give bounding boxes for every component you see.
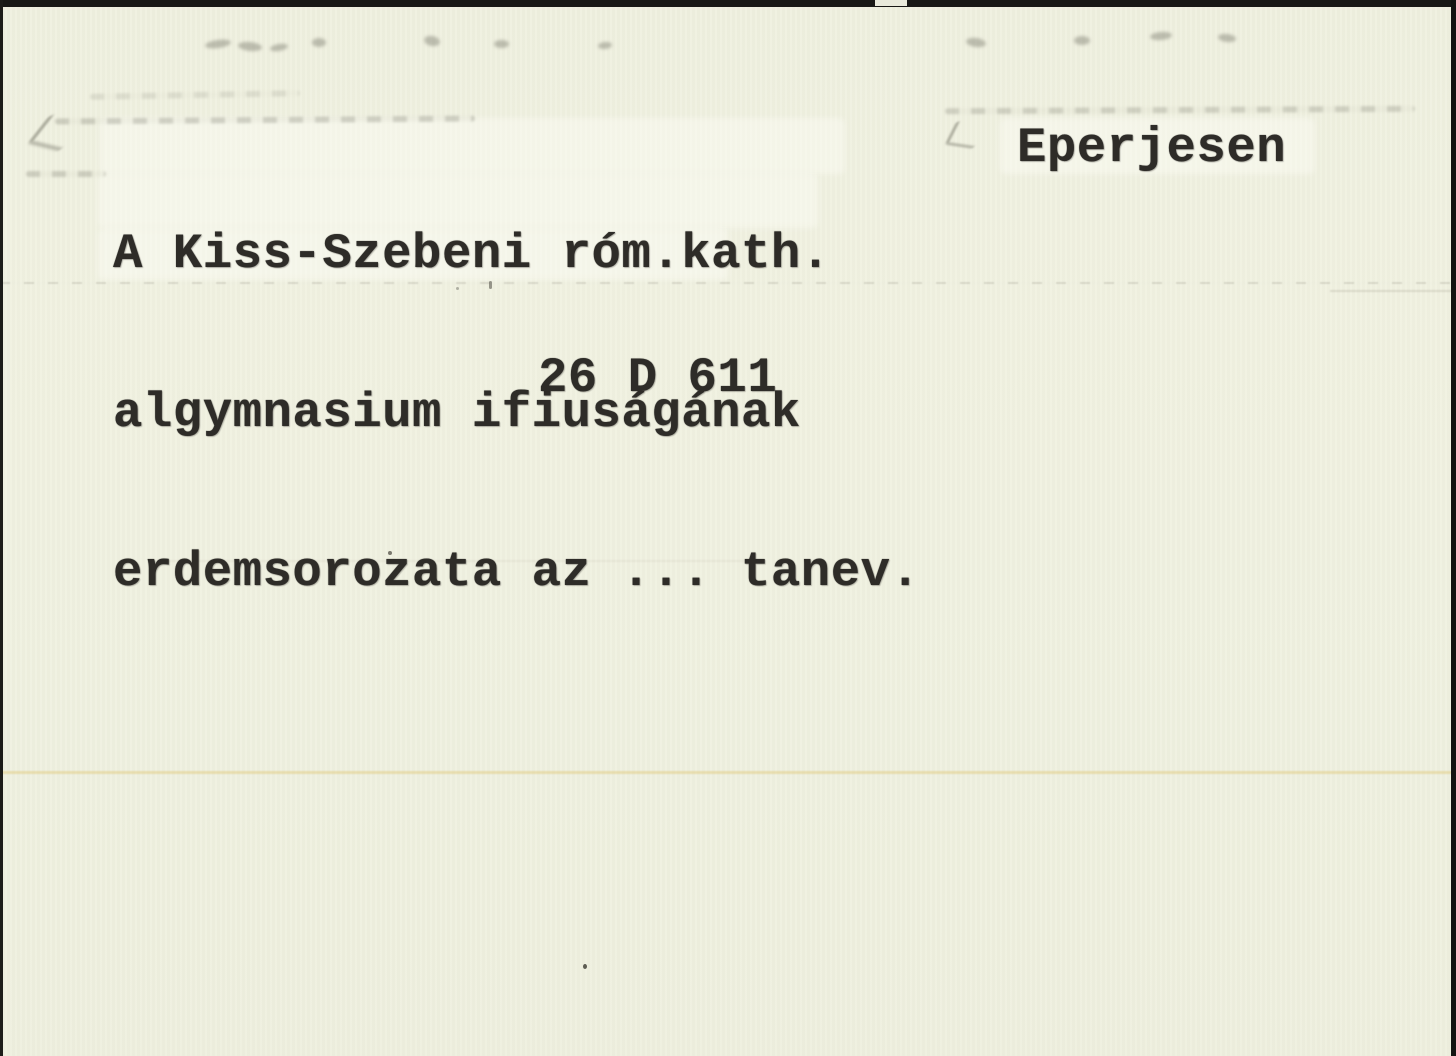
pencil-squiggle: [494, 40, 509, 48]
pencil-squiggle: [238, 41, 263, 52]
scan-edge-left: [0, 0, 3, 1056]
scan-edge-right: [1451, 0, 1456, 1056]
scanned-catalog-card-page: { "card": { "title_lines": [ "A Kiss-Sze…: [0, 0, 1456, 1056]
pencil-mark: [27, 114, 83, 151]
card-title: A Kiss-Szebeni róm.kath. algymnasium ifi…: [113, 122, 920, 705]
scan-edge-top: [0, 0, 1456, 7]
title-line-3: erdemsorozata az ... tanev.: [113, 546, 920, 599]
ink-speck: [583, 964, 587, 969]
pencil-squiggle: [598, 41, 613, 49]
title-line-2: algymnasium ifiuságának: [113, 387, 920, 440]
pencil-squiggle: [1150, 31, 1173, 41]
scan-edge-notch: [875, 0, 907, 6]
faint-yellow-ruled-line: [0, 771, 1456, 774]
pencil-squiggle: [965, 37, 986, 49]
pencil-squiggle: [270, 42, 289, 52]
faint-ruled-line: [1330, 290, 1456, 292]
pencil-squiggle: [423, 34, 441, 47]
title-line-1: A Kiss-Szebeni róm.kath.: [113, 228, 920, 281]
place-name: Eperjesen: [1017, 122, 1286, 175]
pencil-squiggle: [312, 38, 326, 47]
pencil-mark: [945, 121, 986, 149]
pencil-squiggle: [1218, 33, 1237, 43]
pencil-smudge-line: [26, 171, 106, 177]
pencil-smudge-line: [90, 90, 300, 100]
pencil-squiggle: [1074, 36, 1090, 45]
call-number: 26 D 611: [538, 352, 777, 405]
pencil-smudge-line: [945, 106, 1415, 114]
pencil-squiggle: [205, 38, 232, 50]
